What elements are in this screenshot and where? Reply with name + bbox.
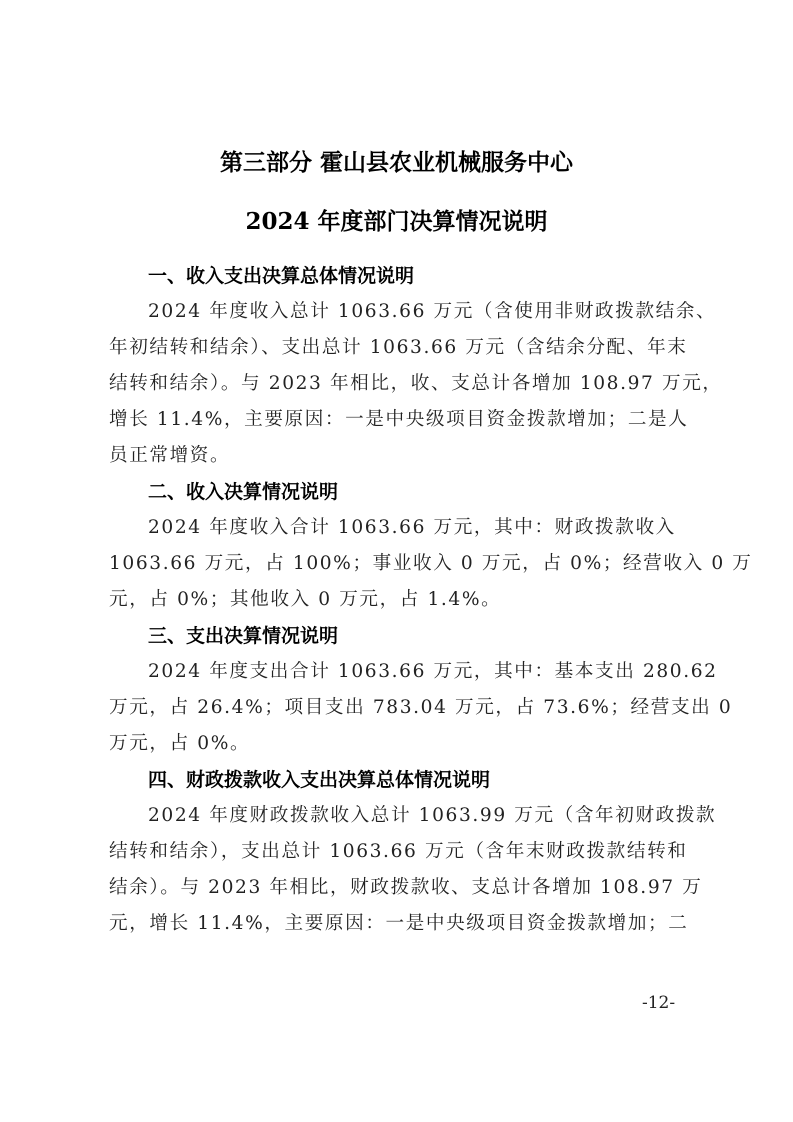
paragraph-line: 结余）。与 2023 年相比，财政拨款收、支总计各增加 108.97 万	[109, 870, 691, 906]
page-number: -12-	[642, 993, 675, 1013]
section-heading-income-expense-overview: 一、收入支出决算总体情况说明	[109, 258, 691, 294]
section-paragraph-expense: 2024 年度支出合计 1063.66 万元，其中：基本支出 280.62 万元…	[109, 654, 691, 762]
document-body: 一、收入支出决算总体情况说明 2024 年度收入总计 1063.66 万元（含使…	[109, 258, 691, 942]
paragraph-line: 1063.66 万元，占 100%；事业收入 0 万元，占 0%；经营收入 0 …	[109, 546, 691, 582]
document-title-line2: 2024 年度部门决算情况说明	[0, 203, 793, 236]
document-title-line1: 第三部分 霍山县农业机械服务中心	[0, 144, 793, 177]
paragraph-line: 增长 11.4%，主要原因：一是中央级项目资金拨款增加；二是人	[109, 402, 691, 438]
paragraph-line: 元，占 0%；其他收入 0 万元，占 1.4%。	[109, 582, 691, 618]
paragraph-line: 结转和结余），支出总计 1063.66 万元（含年末财政拨款结转和	[109, 834, 691, 870]
paragraph-line: 结转和结余）。与 2023 年相比，收、支总计各增加 108.97 万元，	[109, 366, 691, 402]
paragraph-line: 2024 年度收入总计 1063.66 万元（含使用非财政拨款结余、	[109, 294, 691, 330]
section-paragraph-income-expense-overview: 2024 年度收入总计 1063.66 万元（含使用非财政拨款结余、 年初结转和…	[109, 294, 691, 474]
paragraph-line: 2024 年度支出合计 1063.66 万元，其中：基本支出 280.62	[109, 654, 691, 690]
section-heading-fiscal-appropriation: 四、财政拨款收入支出决算总体情况说明	[109, 762, 691, 798]
paragraph-line: 年初结转和结余）、支出总计 1063.66 万元（含结余分配、年末	[109, 330, 691, 366]
paragraph-line: 万元，占 0%。	[109, 726, 691, 762]
section-heading-income: 二、收入决算情况说明	[109, 474, 691, 510]
section-paragraph-income: 2024 年度收入合计 1063.66 万元，其中：财政拨款收入 1063.66…	[109, 510, 691, 618]
document-page: 第三部分 霍山县农业机械服务中心 2024 年度部门决算情况说明 一、收入支出决…	[0, 0, 793, 1122]
paragraph-line: 2024 年度财政拨款收入总计 1063.99 万元（含年初财政拨款	[109, 798, 691, 834]
paragraph-line: 员正常增资。	[109, 438, 691, 474]
paragraph-line: 元，增长 11.4%，主要原因：一是中央级项目资金拨款增加；二	[109, 906, 691, 942]
section-heading-expense: 三、支出决算情况说明	[109, 618, 691, 654]
section-paragraph-fiscal-appropriation: 2024 年度财政拨款收入总计 1063.99 万元（含年初财政拨款 结转和结余…	[109, 798, 691, 942]
paragraph-line: 2024 年度收入合计 1063.66 万元，其中：财政拨款收入	[109, 510, 691, 546]
paragraph-line: 万元，占 26.4%；项目支出 783.04 万元，占 73.6%；经营支出 0	[109, 690, 691, 726]
